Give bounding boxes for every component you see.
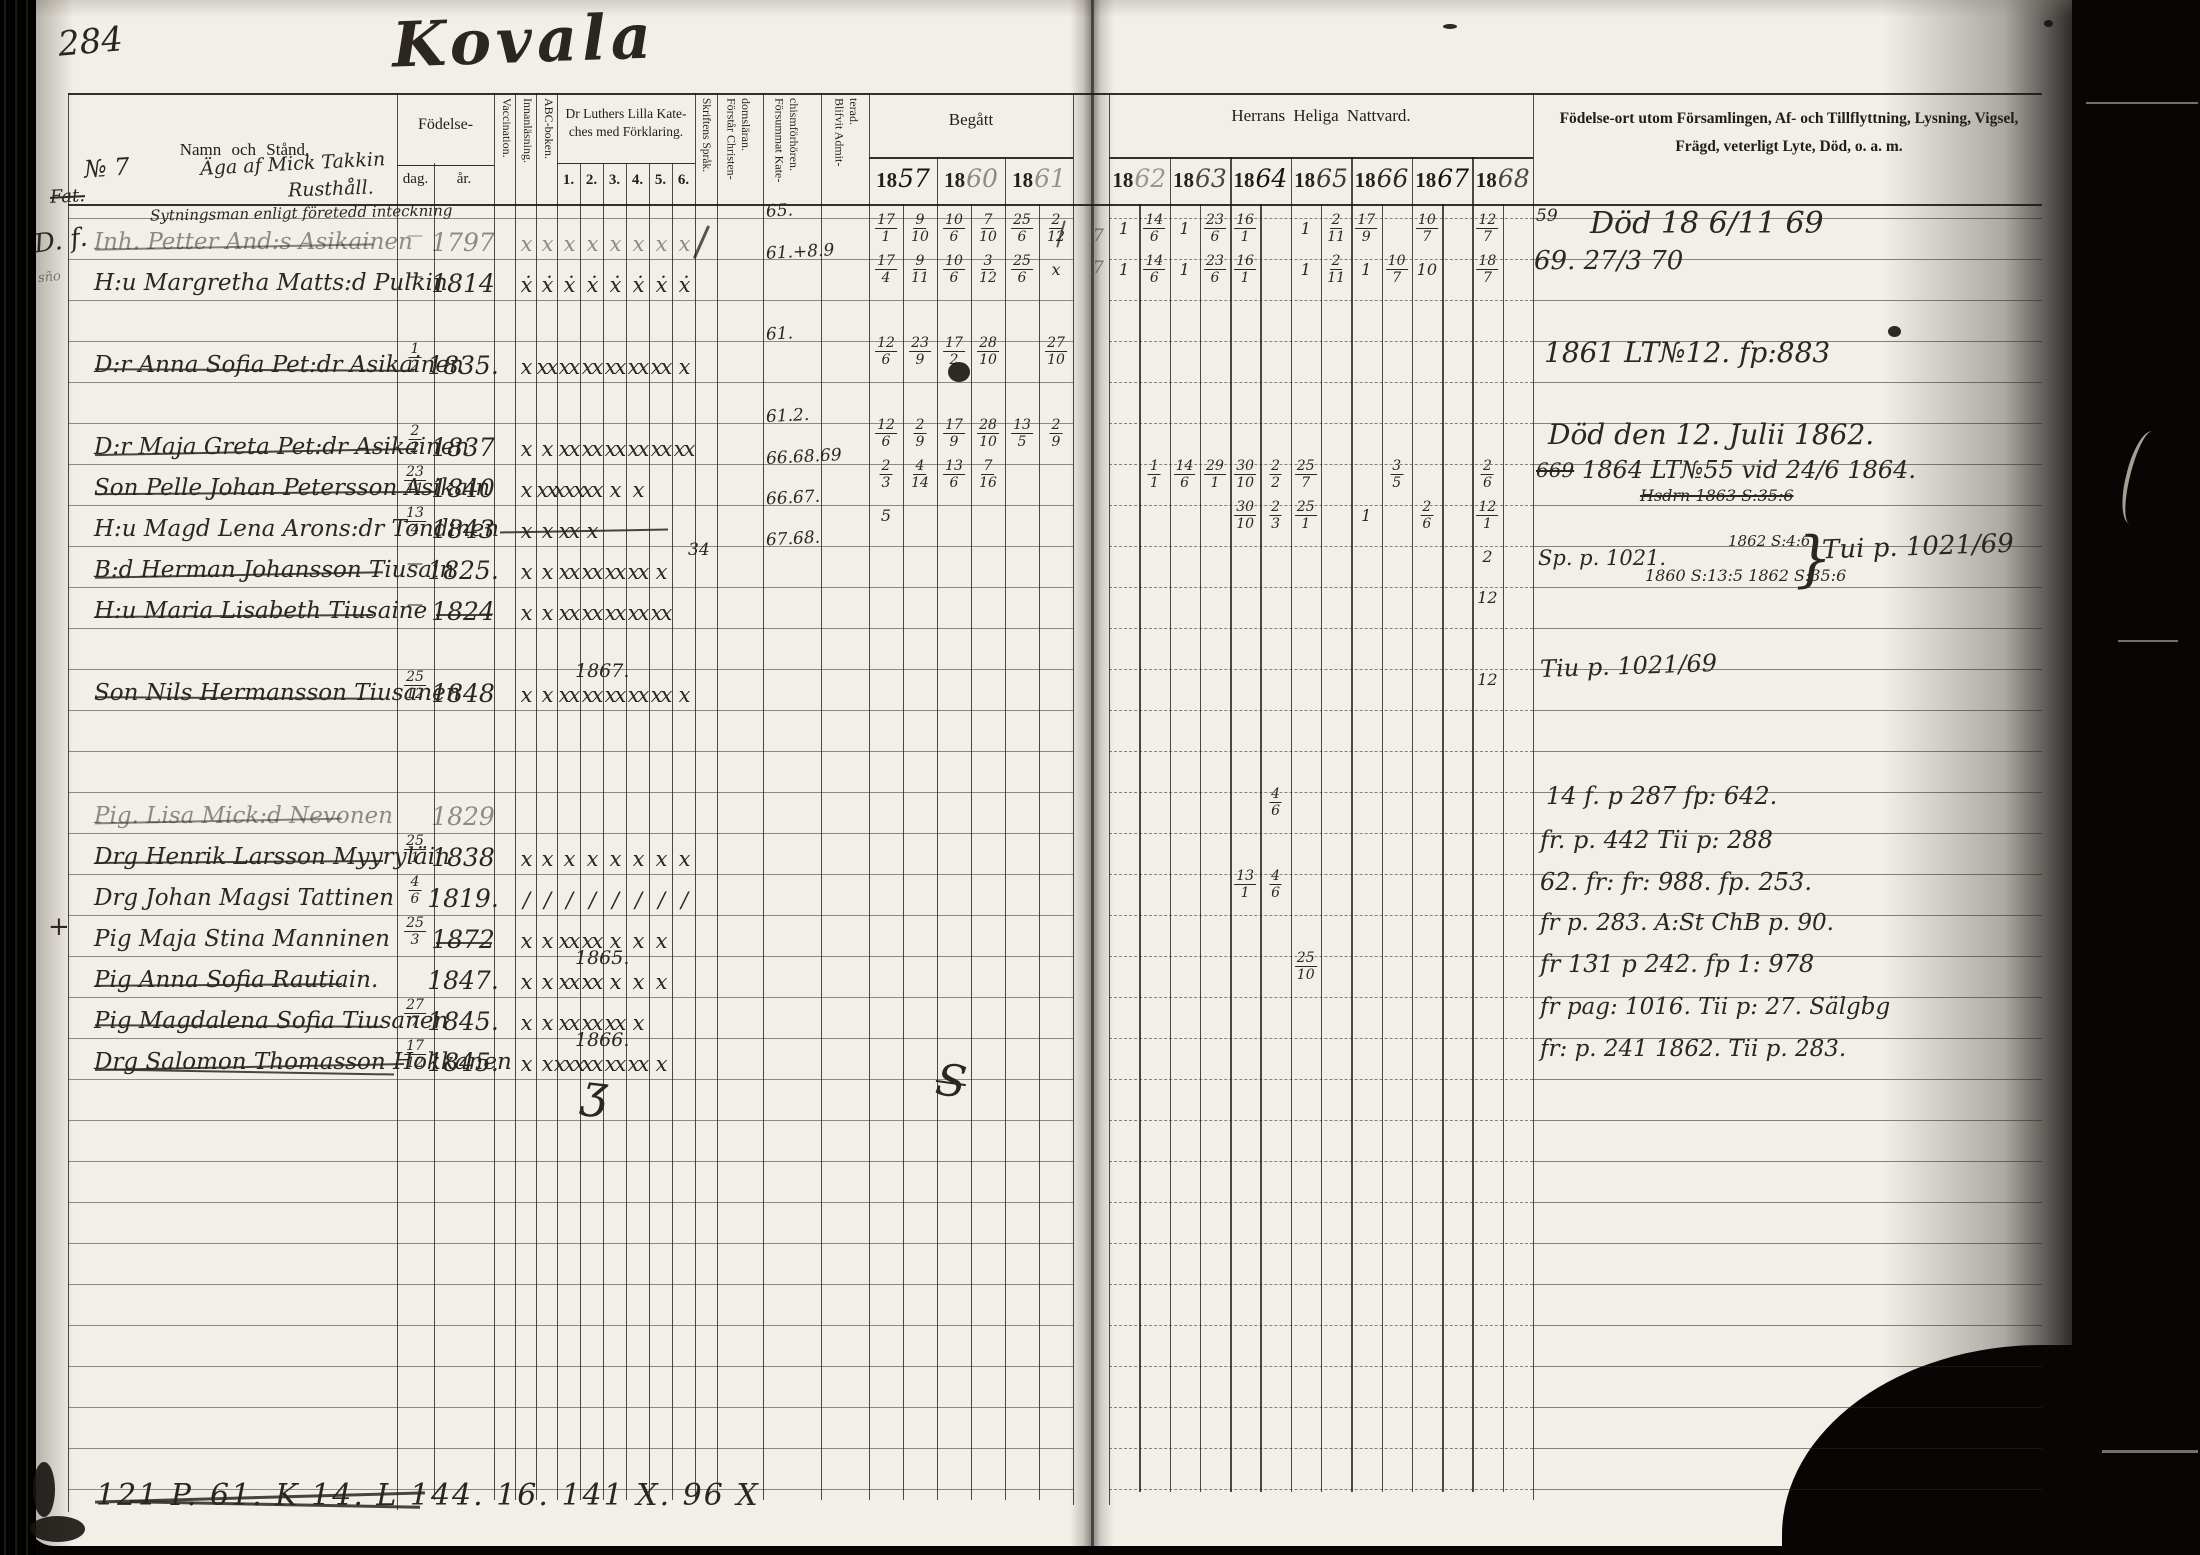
fraction-denominator: 6 xyxy=(1211,229,1220,245)
header-line: Försummat Kate- xyxy=(772,98,786,204)
person-name: B:d Herman Johansson Tiusain xyxy=(94,557,454,583)
header-line: Blifvit Admit- xyxy=(832,98,846,204)
margin-annotation: 1861 LT№12. fp:883 xyxy=(1544,336,1830,369)
reading-mark: xx xyxy=(559,560,579,584)
birth-day: 134 xyxy=(404,506,426,538)
year-printed: 18 xyxy=(876,168,897,192)
year-label: 1857 xyxy=(876,164,930,193)
reading-mark: x xyxy=(521,1052,531,1076)
fraction-numerator: 3 xyxy=(982,254,995,270)
fraction-numerator: 10 xyxy=(1416,213,1438,229)
grid-line-vertical xyxy=(1351,157,1352,1492)
column-header-blifvit-admitterad: Blifvit Admit- terad. xyxy=(832,98,861,204)
fraction-numerator: 10 xyxy=(1386,254,1408,270)
fraction-denominator: 11 xyxy=(1327,270,1345,286)
communion-date: 146 xyxy=(1143,213,1165,245)
fraction-denominator: 10 xyxy=(979,434,997,450)
communion-date: 171 xyxy=(875,213,897,245)
reading-mark: xx xyxy=(628,601,648,625)
person-name: H:u Maria Lisabeth Tiusaine xyxy=(94,598,427,624)
reading-mark: x xyxy=(542,437,552,461)
fraction-denominator: 1 xyxy=(1150,475,1159,491)
reading-mark: x xyxy=(587,232,597,256)
fraction-numerator: 1 xyxy=(409,342,422,358)
column-header-dag: dag. xyxy=(397,171,434,188)
fraction-numerator: 13 xyxy=(404,506,426,522)
fraction-numerator: 14 xyxy=(1143,213,1165,229)
reading-mark: x xyxy=(656,970,666,994)
row-line-annotation xyxy=(1533,1079,2042,1080)
column-header-ar: år. xyxy=(434,171,494,188)
fraction-denominator: 1 xyxy=(1211,475,1220,491)
reading-mark: xx xyxy=(582,683,602,707)
communion-date: 10 xyxy=(1417,260,1437,279)
kateches-col-number: 4. xyxy=(632,172,643,189)
person-name: Pig Magdalena Sofia Tiusanen xyxy=(94,1008,448,1034)
row-line-dashed xyxy=(1109,1038,1533,1039)
reading-mark: xx xyxy=(605,683,625,707)
row-line-dashed xyxy=(1109,1489,1533,1490)
reading-mark: x xyxy=(521,929,531,953)
fraction-denominator: 10 xyxy=(1236,516,1254,532)
fraction-denominator: 10 xyxy=(1236,475,1254,491)
reading-mark: xx xyxy=(628,1052,648,1076)
communion-date: 127 xyxy=(1476,213,1498,245)
fraction-denominator: 5 xyxy=(1018,434,1027,450)
reading-mark: x xyxy=(521,478,531,502)
fraction-denominator: 7 xyxy=(1392,270,1401,286)
communion-date: 121 xyxy=(1476,500,1498,532)
grid-line-vertical xyxy=(1039,204,1040,1500)
grid-line-vertical xyxy=(1472,157,1473,1492)
reading-mark: ẋ xyxy=(633,273,643,297)
fraction-numerator: 17 xyxy=(875,254,897,270)
reading-mark: xx xyxy=(651,355,671,379)
fraction-denominator: 10 xyxy=(1297,967,1315,983)
ink-blot xyxy=(1888,326,1901,337)
reading-mark: xx xyxy=(651,601,671,625)
margin-annotation: fr p. 283. A:St ChB p. 90. xyxy=(1540,910,1834,936)
forsummat-note: 67.68. xyxy=(766,528,821,551)
communion-date: 187 xyxy=(1476,254,1498,286)
communion-date: 29 xyxy=(914,418,927,450)
grid-line-vertical xyxy=(1170,157,1171,1492)
row-line-annotation xyxy=(1533,1284,2042,1285)
year-printed: 18 xyxy=(1415,168,1436,192)
person-name: Drg Johan Magsi Tattinen xyxy=(94,885,394,911)
year-note: 1866. xyxy=(575,1029,629,1051)
fraction-denominator: 4 xyxy=(411,522,420,538)
year-label: 1865 xyxy=(1294,164,1348,193)
birth-day: 2512 xyxy=(404,670,426,702)
fraction-numerator: 25 xyxy=(404,670,426,686)
fraction-numerator: 25 xyxy=(1011,213,1033,229)
birth-year: 1814 xyxy=(431,269,495,298)
fraction-numerator: 25 xyxy=(1295,951,1317,967)
fraction-numerator: 13 xyxy=(943,459,965,475)
fraction-numerator: 4 xyxy=(914,459,927,475)
row-line-dashed xyxy=(1109,956,1533,957)
fraction-numerator: 27 xyxy=(404,998,426,1014)
margin-annotation: 59 xyxy=(1536,206,1558,226)
column-header-forstar-christendomslaran: Förstår Christen- domsläran. xyxy=(724,98,753,204)
communion-date: 126 xyxy=(875,418,897,450)
year-handwritten: 64 xyxy=(1256,164,1288,193)
birth-day: 12 xyxy=(409,342,422,374)
reading-mark: xx xyxy=(582,601,602,625)
bottom-scribble: 121 P. 61. K 14. L 144. 16. 141 X. 96 X xyxy=(96,1478,760,1513)
header-line: chismförhören. xyxy=(786,98,800,204)
kateches-col-number: 5. xyxy=(655,172,666,189)
book-spine xyxy=(0,0,36,1555)
column-header-kateches-line2: ches med Förklaring. xyxy=(557,124,695,140)
column-header-innanlasning: Innanläsning. xyxy=(520,98,535,204)
fraction-numerator: 9 xyxy=(914,213,927,229)
grid-line-vertical xyxy=(1442,204,1443,1492)
grid-line-vertical xyxy=(1073,93,1074,1505)
reading-mark: x xyxy=(564,232,574,256)
birth-year: 1819. xyxy=(427,884,499,913)
person-name: Pig Anna Sofia Rautiain. xyxy=(94,967,378,993)
row-line-dashed xyxy=(1109,628,1533,629)
fraction-numerator: 2 xyxy=(1420,500,1433,516)
communion-date: 2510 xyxy=(1295,951,1317,983)
column-header-fodelseort-line2: Frägd, veterligt Lyte, Död, o. a. m. xyxy=(1538,138,2040,156)
reading-mark: xx xyxy=(559,355,579,379)
year-strikethrough xyxy=(436,614,492,616)
fraction-numerator: 7 xyxy=(982,213,995,229)
fraction-denominator: 6 xyxy=(1018,229,1027,245)
row-line-annotation xyxy=(1533,382,2042,383)
fraction-denominator: 10 xyxy=(979,352,997,368)
row-line-dashed xyxy=(1109,1407,1533,1408)
reading-mark: xx xyxy=(559,437,579,461)
fraction-denominator: 6 xyxy=(411,891,420,907)
column-header-begatt: Begått xyxy=(869,110,1073,130)
header-line: Förstår Christen- xyxy=(724,98,738,204)
grid-line-horizontal xyxy=(397,165,494,166)
reading-mark: ẋ xyxy=(542,273,552,297)
page-title: Kovala xyxy=(391,0,657,82)
communion-date: 2 xyxy=(1482,547,1492,566)
column-header-forsummat-katechismforhoren: Försummat Kate- chismförhören. xyxy=(772,98,801,204)
margin-annotation: Död den 12. Julii 1862. xyxy=(1548,418,1874,451)
reading-mark: x xyxy=(521,683,531,707)
reading-mark: x xyxy=(542,1011,552,1035)
forsummat-note: 66.68.69 xyxy=(766,445,843,469)
fraction-numerator: 12 xyxy=(875,418,897,434)
row-line xyxy=(68,751,1073,752)
fraction-denominator: 1 xyxy=(1241,885,1250,901)
communion-date: 46 xyxy=(1269,787,1282,819)
header-line: terad. xyxy=(846,98,860,204)
row-line-dashed xyxy=(1109,300,1533,301)
reading-mark: / xyxy=(658,888,663,912)
ink-blot xyxy=(1443,24,1457,29)
reading-mark: x xyxy=(542,560,552,584)
grid-line-vertical xyxy=(397,93,398,1510)
row-line-dashed xyxy=(1109,833,1533,834)
reading-mark: x xyxy=(656,847,666,871)
birth-year: 1872 xyxy=(431,925,495,954)
grid-line-vertical xyxy=(1109,93,1110,1505)
year-printed: 18 xyxy=(1012,168,1033,192)
handwritten-note: sño xyxy=(37,269,61,286)
fraction-denominator: 6 xyxy=(1018,270,1027,286)
reading-mark: ẋ xyxy=(656,273,666,297)
reading-mark: x xyxy=(656,232,666,256)
person-name: H:u Margretha Matts:d Pulkin xyxy=(94,270,448,296)
fraction-denominator: 16 xyxy=(979,475,997,491)
fraction-denominator: 1 xyxy=(411,850,420,866)
row-line xyxy=(68,1079,1073,1080)
birth-day: 22 xyxy=(409,424,422,456)
row-line-annotation xyxy=(1533,628,2042,629)
grid-line-vertical xyxy=(903,204,904,1500)
reading-mark: xx xyxy=(582,437,602,461)
communion-date: 22 xyxy=(1269,459,1282,491)
reading-mark: xx xyxy=(605,560,625,584)
fraction-numerator: 9 xyxy=(914,254,927,270)
reading-mark: xxx xyxy=(554,478,584,502)
row-line-annotation xyxy=(1533,751,2042,752)
row-line-dashed xyxy=(1109,1366,1533,1367)
fraction-numerator: 4 xyxy=(409,875,422,891)
fraction-numerator: 2 xyxy=(1269,500,1282,516)
column-header-vaccination: Vaccination. xyxy=(499,98,514,204)
reading-mark: xx xyxy=(605,601,625,625)
fraction-numerator: 23 xyxy=(404,465,426,481)
row-line-annotation xyxy=(1533,300,2042,301)
margin-annotation: 1864 LT№55 vid 24/6 1864. xyxy=(1582,456,1916,484)
fraction-numerator: 12 xyxy=(1476,500,1498,516)
communion-date: 161 xyxy=(1234,213,1256,245)
year-handwritten: 65 xyxy=(1316,164,1348,193)
fraction-denominator: 6 xyxy=(1483,475,1492,491)
fraction-numerator: 28 xyxy=(977,336,999,352)
fraction-denominator: 6 xyxy=(882,434,891,450)
fraction-denominator: 3 xyxy=(1271,516,1280,532)
reading-mark: xx xyxy=(674,437,694,461)
row-line xyxy=(68,1407,1073,1408)
fraction-denominator: 6 xyxy=(1211,270,1220,286)
communion-date: 911 xyxy=(911,254,929,286)
communion-date: 23 xyxy=(1269,500,1282,532)
fraction-numerator: 16 xyxy=(1234,213,1256,229)
row-line xyxy=(68,505,1073,506)
reading-mark: x xyxy=(610,970,620,994)
fraction-numerator: 23 xyxy=(1204,213,1226,229)
row-line-dashed xyxy=(1109,1202,1533,1203)
communion-date: 174 xyxy=(875,254,897,286)
grid-line-vertical xyxy=(1139,204,1140,1492)
year-label: 1860 xyxy=(944,164,998,193)
row-line-dashed xyxy=(1109,341,1533,342)
column-header-nattvard: Herrans Heliga Nattvard. xyxy=(1109,106,1533,126)
fraction-numerator: 12 xyxy=(1476,213,1498,229)
grid-line-vertical xyxy=(68,93,69,1512)
handwritten-note: + xyxy=(48,912,70,942)
reading-mark: x xyxy=(656,929,666,953)
row-line-annotation xyxy=(1533,710,2042,711)
year-handwritten: 68 xyxy=(1498,164,1530,193)
fraction-denominator: 4 xyxy=(882,270,891,286)
fraction-numerator: 30 xyxy=(1234,459,1256,475)
column-header-fodelse: Födelse- xyxy=(397,116,494,134)
reading-mark: x xyxy=(633,970,643,994)
fraction-numerator: 27 xyxy=(1045,336,1067,352)
communion-date: 146 xyxy=(1174,459,1196,491)
scan-streak xyxy=(2118,640,2178,642)
row-line-annotation xyxy=(1533,1366,2042,1367)
reading-mark: x xyxy=(587,847,597,871)
communion-date: 211 xyxy=(1327,213,1345,245)
row-line-dashed xyxy=(1109,423,1533,424)
row-line xyxy=(68,997,1073,998)
reading-mark: x xyxy=(542,970,552,994)
fraction-numerator: 25 xyxy=(1011,254,1033,270)
row-line xyxy=(68,587,1073,588)
row-line xyxy=(68,669,1073,670)
communion-date: 107 xyxy=(1416,213,1438,245)
margin-annotation: 62. fr: fr: 988. fp. 253. xyxy=(1540,868,1812,896)
kateches-col-number: 2. xyxy=(586,172,597,189)
reading-mark: x xyxy=(633,929,643,953)
margin-annotation: fr: p. 241 1862. Tii p. 283. xyxy=(1540,1036,1846,1062)
communion-date: 12 xyxy=(1477,588,1497,607)
birth-year: 1824 xyxy=(431,597,495,626)
fraction-numerator: 16 xyxy=(1234,254,1256,270)
fraction-denominator: 9 xyxy=(916,352,925,368)
grid-line-horizontal xyxy=(1109,157,1533,159)
fraction-denominator: 10 xyxy=(979,229,997,245)
fraction-numerator: 2 xyxy=(409,424,422,440)
ink-blot xyxy=(33,1462,55,1517)
row-line-dashed xyxy=(1109,546,1533,547)
year-label: 1868 xyxy=(1476,164,1530,193)
person-name: Pig. Lisa Mick:d Nevonen xyxy=(94,803,393,829)
fraction-denominator: 6 xyxy=(1271,885,1280,901)
communion-date: 236 xyxy=(1204,254,1226,286)
communion-date: 135 xyxy=(1011,418,1033,450)
fraction-numerator: 3 xyxy=(1390,459,1403,475)
reading-mark: x xyxy=(610,478,620,502)
grid-line-vertical xyxy=(672,163,673,1500)
fraction-denominator: 1 xyxy=(882,229,891,245)
communion-date: 146 xyxy=(1143,254,1165,286)
year-printed: 18 xyxy=(1112,168,1133,192)
reading-mark: x xyxy=(521,1011,531,1035)
grid-line-horizontal xyxy=(869,157,1073,159)
communion-date: 179 xyxy=(1355,213,1377,245)
fraction-numerator: 17 xyxy=(875,213,897,229)
grid-line-vertical xyxy=(1412,157,1413,1492)
reading-mark: x xyxy=(633,847,643,871)
fraction-denominator: 3 xyxy=(411,932,420,948)
communion-date: 1 xyxy=(1361,260,1371,279)
reading-mark: x xyxy=(542,683,552,707)
forsummat-note: 61.+8.9 xyxy=(766,240,835,264)
communion-date: 312 xyxy=(979,254,997,286)
fraction-numerator: 25 xyxy=(404,834,426,850)
scan-streak xyxy=(2086,102,2198,104)
reading-mark: x xyxy=(679,355,689,379)
year-handwritten: 62 xyxy=(1134,164,1166,193)
row-line-dashed xyxy=(1109,915,1533,916)
fraction-numerator: 30 xyxy=(1234,500,1256,516)
communion-date: 131 xyxy=(1234,869,1256,901)
fraction-numerator: 18 xyxy=(1476,254,1498,270)
communion-date: 3010 xyxy=(1234,459,1256,491)
fraction-denominator: 9 xyxy=(1052,434,1061,450)
header-handwritten-note2: Rusthåll. xyxy=(288,177,374,202)
margin-annotation: fr 131 p 242. fp 1: 978 xyxy=(1540,950,1814,978)
fraction-denominator: 6 xyxy=(1150,229,1159,245)
reading-mark: xx xyxy=(582,478,602,502)
reading-mark: xx xyxy=(651,437,671,461)
margin-annotation: Död 18 6/11 69 xyxy=(1590,206,1824,241)
row-line-annotation xyxy=(1533,1448,2042,1449)
fraction-denominator: 9 xyxy=(916,434,925,450)
row-line xyxy=(68,628,1073,629)
reading-mark: / xyxy=(523,888,528,912)
fraction-numerator: 17 xyxy=(1355,213,1377,229)
row-line-dashed xyxy=(1109,1284,1533,1285)
fraction-numerator: 10 xyxy=(943,213,965,229)
birth-year: 1847. xyxy=(427,966,499,995)
reading-mark: x xyxy=(679,683,689,707)
fraction-numerator: 13 xyxy=(1011,418,1033,434)
row-line-annotation xyxy=(1533,505,2042,506)
row-line xyxy=(68,1325,1073,1326)
communion-date: 251 xyxy=(1295,500,1317,532)
year-handwritten: 60 xyxy=(966,164,998,193)
fraction-numerator: 2 xyxy=(1330,213,1343,229)
fraction-denominator: 1 xyxy=(1301,516,1310,532)
forsummat-note: 61. xyxy=(765,323,793,344)
grid-line-vertical xyxy=(1533,93,1534,1500)
row-line-annotation xyxy=(1533,1202,2042,1203)
reading-mark: xx xyxy=(582,970,602,994)
communion-date: 2810 xyxy=(977,418,999,450)
fraction-numerator: 17 xyxy=(943,336,965,352)
birth-day: — xyxy=(407,594,423,613)
birth-year: 1838 xyxy=(431,843,495,872)
reading-mark: x xyxy=(679,847,689,871)
reading-mark: xx xyxy=(559,683,579,707)
fraction-numerator: 2 xyxy=(1269,459,1282,475)
communion-date: 1 xyxy=(1361,506,1371,525)
grid-line-vertical xyxy=(1005,157,1006,1500)
grid-line-horizontal xyxy=(68,93,2042,95)
communion-date: 106 xyxy=(943,213,965,245)
communion-date: 3010 xyxy=(1234,500,1256,532)
fraction-numerator: 2 xyxy=(1050,213,1063,229)
margin-annotation: 69. 27/3 70 xyxy=(1534,246,1683,276)
reading-mark: x xyxy=(542,847,552,871)
birth-day: 46 xyxy=(409,875,422,907)
grid-line-vertical xyxy=(717,93,718,1500)
column-header-kateches-line1: Dr Luthers Lilla Kate- xyxy=(557,106,695,122)
fraction-denominator: 1 xyxy=(1483,516,1492,532)
fraction-denominator: 1 xyxy=(1241,229,1250,245)
year-note: 1867. xyxy=(575,660,629,682)
grid-line-vertical xyxy=(821,93,822,1500)
row-line xyxy=(68,1448,1073,1449)
reading-mark: x xyxy=(564,847,574,871)
grid-line-vertical xyxy=(536,93,537,1500)
fraction-numerator: 2 xyxy=(1050,418,1063,434)
